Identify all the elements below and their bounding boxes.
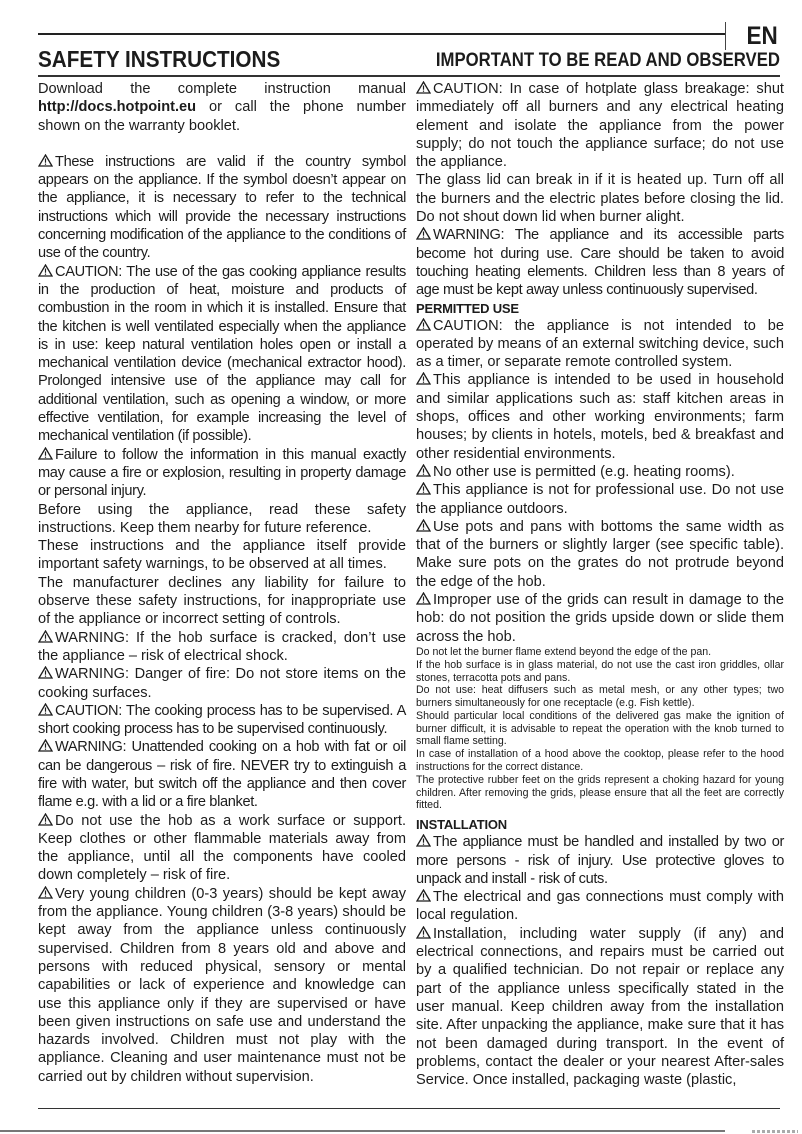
- warning-triangle-icon: [416, 889, 431, 902]
- title-underline: [38, 75, 780, 77]
- warning-triangle-icon: [416, 926, 431, 939]
- paragraph-glass-lid: The glass lid can break in if it is heat…: [416, 171, 784, 226]
- warning-triangle-icon: [38, 666, 53, 679]
- paragraph-read-before-use: Before using the appliance, read these s…: [38, 501, 406, 538]
- footer-rule: [38, 1108, 780, 1109]
- note-gas-ignition: Should particular local conditions of th…: [416, 710, 784, 748]
- note-glass-surface: If the hob surface is in glass material,…: [416, 659, 784, 685]
- warning-triangle-icon: [416, 834, 431, 847]
- warning-triangle-icon: [416, 482, 431, 495]
- warning-triangle-icon: [416, 227, 431, 240]
- language-code: EN: [747, 22, 778, 51]
- warning-triangle-icon: [38, 886, 53, 899]
- warning-triangle-icon: [38, 447, 53, 460]
- paragraph-work-surface: Do not use the hob as a work surface or …: [38, 812, 406, 885]
- warning-triangle-icon: [416, 372, 431, 385]
- left-column: Download the complete instruction manual…: [38, 80, 406, 1086]
- paragraph-no-other-use: No other use is permitted (e.g. heating …: [416, 463, 784, 481]
- paragraph-country-symbol: These instructions are valid if the coun…: [38, 153, 406, 263]
- page-title: SAFETY INSTRUCTIONS: [38, 46, 280, 73]
- paragraph-hot-parts: WARNING: The appliance and its accessibl…: [416, 226, 784, 299]
- warning-triangle-icon: [416, 81, 431, 94]
- paragraph-unattended-cooking: WARNING: Unattended cooking on a hob wit…: [38, 738, 406, 811]
- note-hood-distance: In case of installation of a hood above …: [416, 748, 784, 774]
- paragraph-household-use: This appliance is intended to be used in…: [416, 371, 784, 462]
- warning-triangle-icon: [38, 264, 53, 277]
- note-rubber-feet: The protective rubber feet on the grids …: [416, 774, 784, 812]
- page-subtitle: IMPORTANT TO BE READ AND OBSERVED: [436, 50, 780, 72]
- paragraph-supervision: CAUTION: The cooking process has to be s…: [38, 702, 406, 739]
- warning-triangle-icon: [416, 592, 431, 605]
- intro-paragraph: Download the complete instruction manual…: [38, 80, 406, 135]
- paragraph-cracked-surface: WARNING: If the hob surface is cracked, …: [38, 629, 406, 666]
- paragraph-children: Very young children (0-3 years) should b…: [38, 885, 406, 1086]
- paragraph-connections: The electrical and gas connections must …: [416, 888, 784, 925]
- paragraph-two-persons: The appliance must be handled and instal…: [416, 833, 784, 888]
- manual-link[interactable]: http://docs.hotpoint.eu: [38, 99, 196, 115]
- right-column: CAUTION: In case of hotplate glass break…: [416, 80, 784, 1089]
- note-burner-flame: Do not let the burner flame extend beyon…: [416, 646, 784, 659]
- paragraph-fire-storage: WARNING: Danger of fire: Do not store it…: [38, 665, 406, 702]
- print-mark: [752, 1130, 798, 1133]
- paragraph-pots-and-pans: Use pots and pans with bottoms the same …: [416, 518, 784, 591]
- paragraph-grids: Improper use of the grids can result in …: [416, 591, 784, 646]
- warning-triangle-icon: [416, 464, 431, 477]
- paragraph-safety-warnings: These instructions and the appliance its…: [38, 537, 406, 574]
- note-heat-diffusers: Do not use: heat diffusers such as metal…: [416, 684, 784, 710]
- warning-triangle-icon: [416, 519, 431, 532]
- warning-triangle-icon: [38, 703, 53, 716]
- paragraph-liability: The manufacturer declines any liability …: [38, 574, 406, 629]
- header-divider-tick: [725, 22, 726, 50]
- warning-triangle-icon: [38, 739, 53, 752]
- warning-triangle-icon: [416, 318, 431, 331]
- intro-text: Download the complete instruction manual: [38, 81, 406, 97]
- spacer: [38, 135, 406, 153]
- paragraph-gas-caution: CAUTION: The use of the gas cooking appl…: [38, 263, 406, 446]
- page-edge-rule: [0, 1130, 725, 1132]
- warning-triangle-icon: [38, 813, 53, 826]
- paragraph-glass-breakage: CAUTION: In case of hotplate glass break…: [416, 80, 784, 171]
- paragraph-not-professional: This appliance is not for professional u…: [416, 481, 784, 518]
- paragraph-failure-warning: Failure to follow the information in thi…: [38, 446, 406, 501]
- header-top-rule: [38, 33, 725, 35]
- warning-triangle-icon: [38, 630, 53, 643]
- paragraph-installation: Installation, including water supply (if…: [416, 925, 784, 1090]
- section-heading-installation: INSTALLATION: [416, 816, 784, 833]
- paragraph-external-switch: CAUTION: the appliance is not intended t…: [416, 317, 784, 372]
- warning-triangle-icon: [38, 154, 53, 167]
- section-heading-permitted-use: PERMITTED USE: [416, 300, 784, 317]
